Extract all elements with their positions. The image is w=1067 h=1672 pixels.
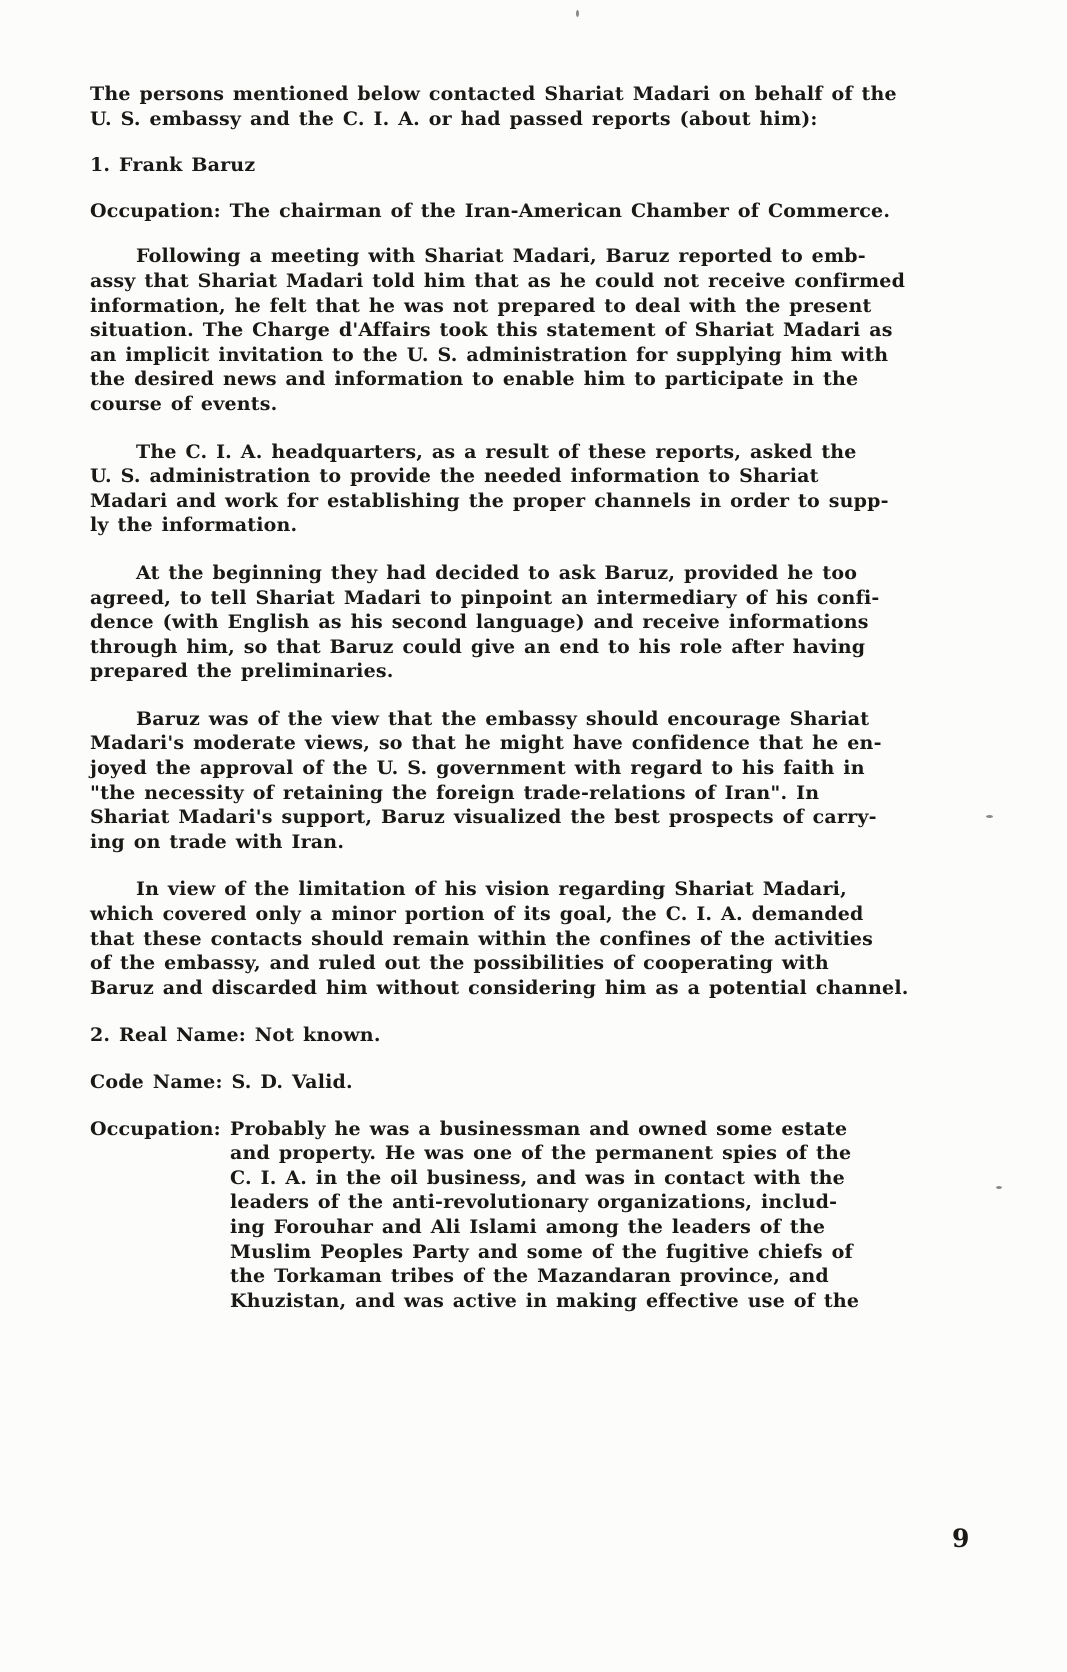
item-1-paragraph-1: Following a meeting with Shariat Madari,… [90, 244, 935, 416]
item-2-occupation-block: Occupation: Probably he was a businessma… [90, 1117, 935, 1314]
item-1-occupation-line: Occupation: The chairman of the Iran-Ame… [90, 199, 935, 224]
item-2-real-name: 2. Real Name: Not known. [90, 1023, 935, 1048]
item-1-heading: 1. Frank Baruz [90, 153, 935, 178]
document-page: The persons mentioned below contacted Sh… [0, 0, 1067, 1672]
occupation-text: Probably he was a businessman and owned … [230, 1117, 935, 1314]
item-1-paragraph-4: Baruz was of the view that the embassy s… [90, 707, 935, 855]
page-number: 9 [952, 1524, 969, 1553]
scan-speck [576, 10, 579, 17]
scan-speck [996, 1186, 1002, 1189]
item-2-code-name: Code Name: S. D. Valid. [90, 1070, 935, 1095]
occupation-label: Occupation: [90, 1117, 230, 1142]
intro-paragraph: The persons mentioned below contacted Sh… [90, 82, 935, 131]
item-1-paragraph-5: In view of the limitation of his vision … [90, 877, 935, 1000]
item-1-paragraph-3: At the beginning they had decided to ask… [90, 561, 935, 684]
document-content: The persons mentioned below contacted Sh… [90, 82, 935, 1313]
scan-speck [986, 815, 993, 818]
item-1-paragraph-2: The C. I. A. headquarters, as a result o… [90, 440, 935, 538]
